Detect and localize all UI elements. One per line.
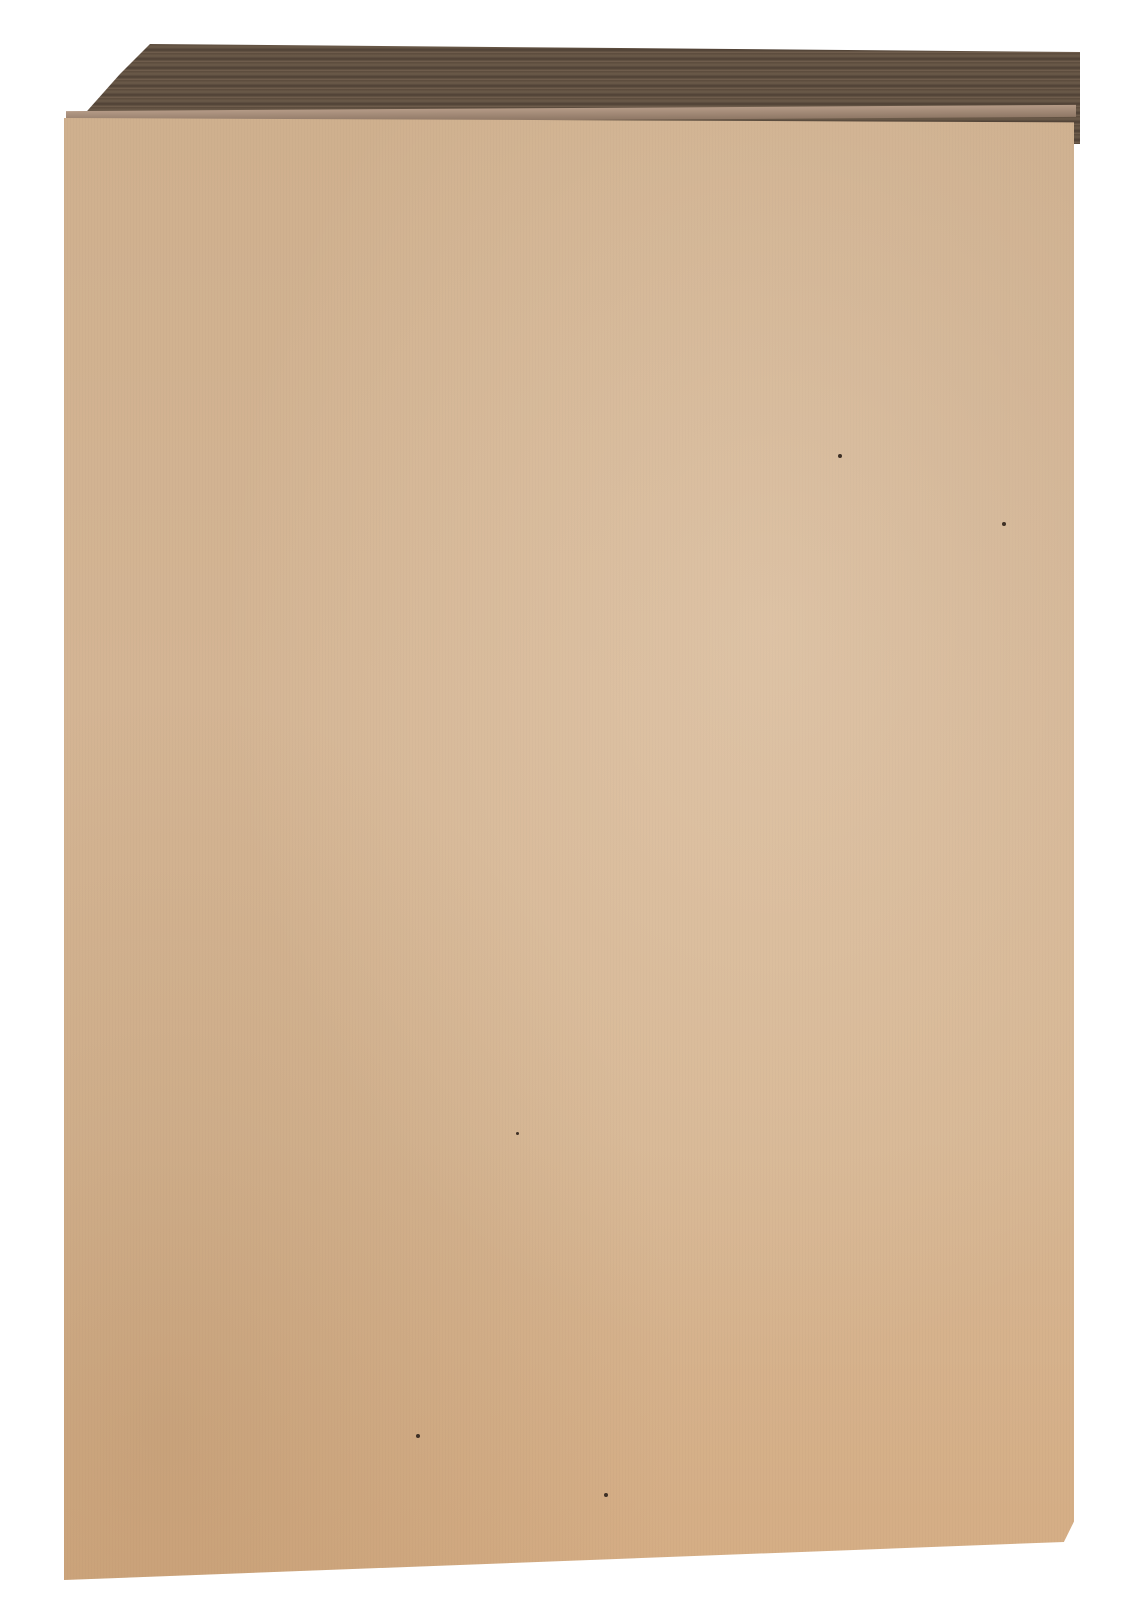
book-cover <box>64 118 1074 1580</box>
paper-spot <box>604 1493 608 1497</box>
paper-spot <box>516 1132 519 1135</box>
paper-spot <box>838 454 842 458</box>
book-photo <box>0 0 1141 1600</box>
paper-spot <box>1002 522 1006 526</box>
paper-spot <box>416 1434 420 1438</box>
